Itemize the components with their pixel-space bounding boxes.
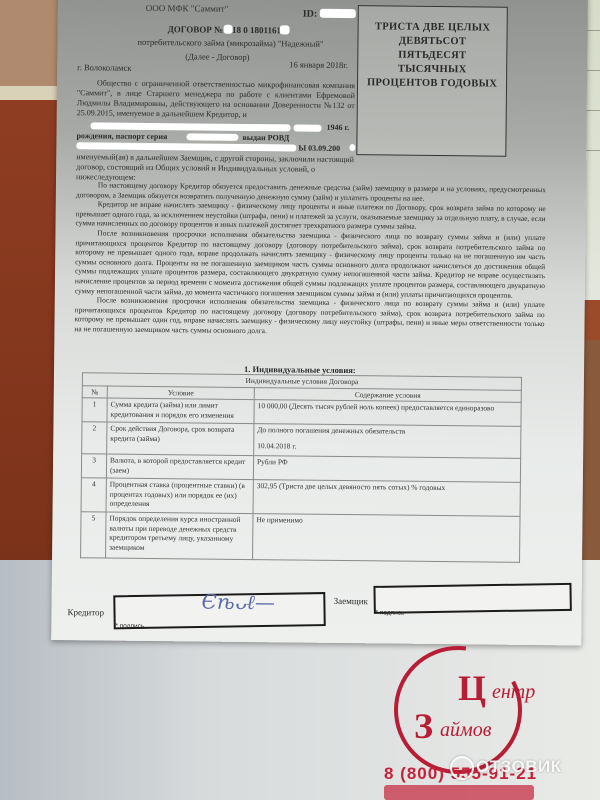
table-row: 5 Порядок определения курса иностранной … <box>81 512 520 563</box>
contract-subtitle-note: (Далее - Договор) <box>185 51 249 62</box>
otzovik-logo-icon <box>450 756 474 780</box>
logo-letter-ts: Ц <box>458 668 486 708</box>
row-condition: Срок действия Договора, срок возврата кр… <box>107 422 254 456</box>
individual-conditions-table: Индивидуальные условия Договора № Услови… <box>80 372 522 563</box>
row-condition: Валюта, в которой предоставляется кредит… <box>106 454 253 480</box>
contract-subtitle: потребительского займа (микрозайма) "Над… <box>137 37 323 49</box>
logo-letter-z: З <box>414 706 433 746</box>
creditor-signature-hint: * подпись <box>115 623 144 630</box>
redaction-name-2 <box>294 124 322 131</box>
column-header-number: № <box>82 385 107 398</box>
contract-date: 16 января 2018г. <box>289 59 348 70</box>
borrower-issue-date: Ы 03.09.200 <box>298 144 340 153</box>
redaction-id <box>320 9 356 18</box>
tsentr-zaimov-logo: Ц ентр З аймов <box>388 640 558 775</box>
redaction-title <box>224 25 233 34</box>
borrower-label: Заемщик <box>334 596 368 606</box>
id-label: ID: <box>303 9 318 20</box>
row-content-date: 10.04.2018 г. <box>257 441 517 453</box>
row-content: 10 000,00 (Десять тысяч рублей ноль копе… <box>254 400 521 427</box>
borrower-signature-hint: * подпись <box>375 609 404 616</box>
body-paragraph: После возникновения просрочки исполнения… <box>74 295 544 338</box>
borrower-year: 1946 г. <box>327 123 350 132</box>
row-number: 4 <box>81 478 106 512</box>
watermark-text: ОТЗОВИК <box>476 757 562 776</box>
body-paragraph: После возникновения просрочки исполнения… <box>75 228 546 300</box>
borrower-issued: выдан РОВД <box>242 133 289 142</box>
creditor-label: Кредитор <box>67 607 104 617</box>
redaction-passport <box>186 133 238 141</box>
logo-text-2: аймов <box>440 719 492 741</box>
redaction-title-2 <box>280 25 290 34</box>
table-row: 2 Срок действия Договора, срок возврата … <box>82 422 521 459</box>
table-row: 4 Процентная ставка (процентные ставки) … <box>81 478 520 517</box>
redaction-date <box>349 144 355 151</box>
row-condition: Сумма кредита (займа) или лимит кредитов… <box>107 398 254 424</box>
company-name: ООО МФК "Саммит" <box>146 3 229 14</box>
creditor-signature: Єѣᴗℓ— <box>201 590 275 616</box>
redaction-name <box>91 122 291 131</box>
logo-text-1: ентр <box>492 681 535 703</box>
row-number: 3 <box>81 454 106 478</box>
interest-rate-stamp: ТРИСТА ДВЕ ЦЕЛЫХ ДЕВЯТЬСОТ ПЯТЬДЕСЯТ ТЫС… <box>356 5 508 157</box>
redaction-issuer <box>76 142 296 151</box>
contract-city: г. Волоколамск <box>77 62 131 73</box>
row-content: До полного погашения денежных обязательс… <box>254 424 521 459</box>
row-number: 1 <box>82 398 107 422</box>
intro-paragraph: Общество с ограниченной ответственностью… <box>77 78 355 121</box>
row-number: 2 <box>82 422 107 454</box>
row-content-line: До полного погашения денежных обязательс… <box>257 425 517 437</box>
logo-address-partial <box>384 785 534 800</box>
otzovik-watermark: ОТЗОВИК <box>476 757 562 777</box>
row-content: Рубли РФ <box>253 456 520 483</box>
row-content: 302,95 (Триста две целых девяносто пять … <box>253 480 520 517</box>
row-condition: Порядок определения курса иностранной ва… <box>106 512 253 560</box>
loan-contract-page: ООО МФК "Саммит" ID: ДОГОВОР № 0 18 0 18… <box>51 0 588 646</box>
row-number: 5 <box>81 512 106 558</box>
row-content: Не применимо <box>253 514 520 563</box>
interest-rate-stamp-text: ТРИСТА ДВЕ ЦЕЛЫХ ДЕВЯТЬСОТ ПЯТЬДЕСЯТ ТЫС… <box>358 20 507 92</box>
borrower-passport: рождения, паспорт серия <box>76 131 167 141</box>
row-condition: Процентная ставка (процентные ставки) (в… <box>106 478 253 514</box>
contract-body: По настоящему договору Кредитор обязуетс… <box>74 180 546 338</box>
